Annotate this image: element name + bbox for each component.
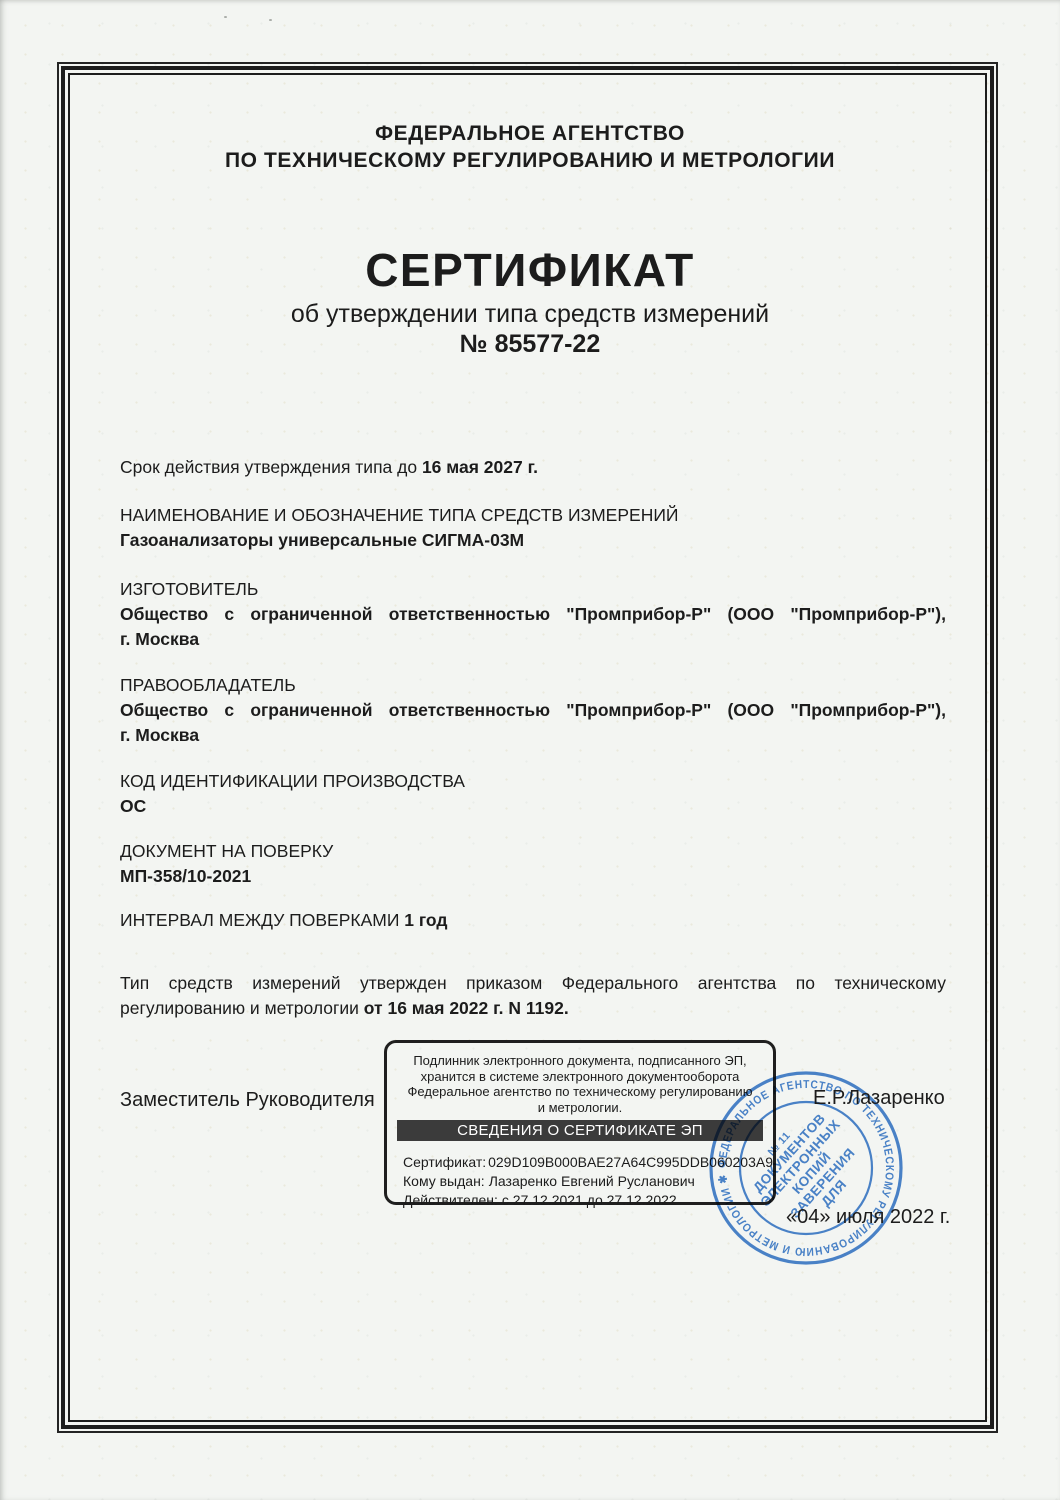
section-value-line1: Общество с ограниченной ответственностью… bbox=[120, 602, 946, 627]
section-verification-doc: ДОКУМЕНТ НА ПОВЕРКУ МП-358/10-2021 bbox=[120, 839, 946, 889]
section-manufacturer: ИЗГОТОВИТЕЛЬ Общество с ограниченной отв… bbox=[120, 577, 946, 652]
certificate-number: № 85577-22 bbox=[0, 330, 1060, 359]
section-label: ДОКУМЕНТ НА ПОВЕРКУ bbox=[120, 839, 946, 864]
certificate-subtitle: об утверждении типа средств измерений bbox=[0, 300, 1060, 329]
order-line2: регулированию и метрологии от 16 мая 202… bbox=[120, 996, 946, 1021]
validity-line: Срок действия утверждения типа до 16 мая… bbox=[120, 455, 946, 480]
validity-date: 16 мая 2027 г. bbox=[422, 457, 538, 477]
verification-interval-line: ИНТЕРВАЛ МЕЖДУ ПОВЕРКАМИ 1 год bbox=[120, 908, 946, 933]
section-value-line1: Общество с ограниченной ответственностью… bbox=[120, 698, 946, 723]
section-label: НАИМЕНОВАНИЕ И ОБОЗНАЧЕНИЕ ТИПА СРЕДСТВ … bbox=[120, 503, 946, 528]
agency-name-line1: ФЕДЕРАЛЬНОЕ АГЕНТСТВО bbox=[0, 122, 1060, 146]
esign-row-label: Действителен: bbox=[403, 1191, 502, 1210]
section-label: ПРАВООБЛАДАТЕЛЬ bbox=[120, 673, 946, 698]
esign-row-label: Сертификат: bbox=[403, 1153, 488, 1172]
agency-name-line2: ПО ТЕХНИЧЕСКОМУ РЕГУЛИРОВАНИЮ И МЕТРОЛОГ… bbox=[0, 149, 1060, 173]
section-rights-holder: ПРАВООБЛАДАТЕЛЬ Общество с ограниченной … bbox=[120, 673, 946, 748]
signer-position: Заместитель Руководителя bbox=[120, 1089, 375, 1112]
section-value-line2: г. Москва bbox=[120, 723, 946, 748]
section-name-type: НАИМЕНОВАНИЕ И ОБОЗНАЧЕНИЕ ТИПА СРЕДСТВ … bbox=[120, 503, 946, 553]
esign-row-value: с 27.12.2021 до 27.12.2022 bbox=[502, 1191, 677, 1210]
section-value-line2: г. Москва bbox=[120, 627, 946, 652]
section-label: КОД ИДЕНТИФИКАЦИИ ПРОИЗВОДСТВА bbox=[120, 769, 946, 794]
esign-row-label: Кому выдан: bbox=[403, 1172, 489, 1191]
certificate-page: ФЕДЕРАЛЬНОЕ АГЕНТСТВО ПО ТЕХНИЧЕСКОМУ РЕ… bbox=[0, 0, 1060, 1500]
order-date: от 16 мая 2022 г. N 1192. bbox=[364, 998, 569, 1018]
section-value: ОС bbox=[120, 794, 946, 819]
certificate-title: СЕРТИФИКАТ bbox=[0, 243, 1060, 297]
interval-value: 1 год bbox=[404, 910, 447, 930]
section-production-code: КОД ИДЕНТИФИКАЦИИ ПРОИЗВОДСТВА ОС bbox=[120, 769, 946, 819]
section-value: Газоанализаторы универсальные СИГМА-03М bbox=[120, 528, 946, 553]
section-label: ИЗГОТОВИТЕЛЬ bbox=[120, 577, 946, 602]
esign-row-value: Лазаренко Евгений Русланович bbox=[489, 1172, 695, 1191]
scan-speck bbox=[269, 19, 272, 21]
signature-date: «04» июля 2022 г. bbox=[786, 1206, 950, 1229]
section-value: МП-358/10-2021 bbox=[120, 864, 946, 889]
order-line1: Тип средств измерений утвержден приказом… bbox=[120, 971, 946, 996]
approval-order-paragraph: Тип средств измерений утвержден приказом… bbox=[120, 971, 946, 1021]
signer-name: Е.Р.Лазаренко bbox=[813, 1087, 945, 1110]
scan-speck bbox=[224, 16, 227, 18]
